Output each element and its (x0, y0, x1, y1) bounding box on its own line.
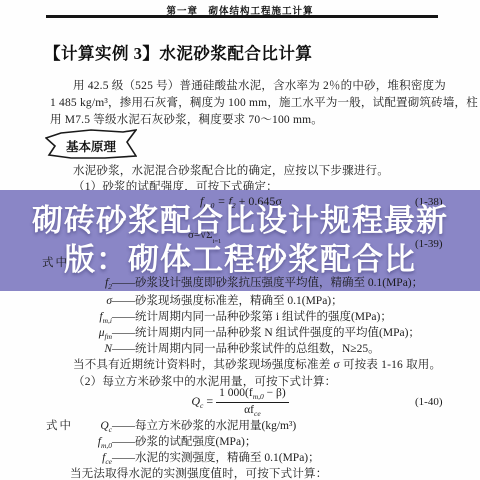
intro-line-3: 用 M7.5 等级水泥石灰砂浆，稠度要求 70～100 mm。 (50, 113, 323, 127)
intro-line-1: 用 42.5 级（525 号）普通硅酸盐水泥，含水率为 2％的中砂，堆积密度为 (73, 79, 446, 93)
principle-banner: 基本原理 (45, 129, 137, 160)
f140-fraction: 1 000(fm,0 − β)αfce (216, 387, 289, 418)
formula-tag-1-40: (1-40) (415, 396, 443, 408)
header-rule (46, 15, 438, 18)
document-page: 第一章 砌体结构工程施工计算 【计算实例 3】水泥砂浆配合比计算 用 42.5 … (0, 0, 480, 480)
banner-label: 基本原理 (45, 137, 137, 155)
principle-intro: 水泥砂浆，水泥混合砂浆配合比的确定，应按以下步骤进行。 (73, 164, 389, 178)
no-stats-line: 当不具有近期统计资料时，其砂浆现场强度标准差 σ 可按表 1-16 取用。 (73, 358, 441, 372)
formula-1-40: Qc = 1 000(fm,0 − β)αfce (0, 387, 480, 418)
closing-line: 当无法取得水泥的实测强度值时，可按下式计算： (70, 467, 327, 480)
f140-eq: = (203, 394, 216, 408)
f140-lhs: Q (191, 394, 200, 408)
example-title: 【计算实例 3】水泥砂浆配合比计算 (44, 40, 312, 64)
overlay-headline-line2: 版：砌体工程砂浆配合比 (0, 241, 480, 280)
overlay-headline-line1: 砌砖砂浆配合比设计规程最新 (0, 202, 480, 241)
intro-line-2: 1 485 kg/m³，掺用石灰膏，稠度为 100 mm，施工水平为一般，试配置… (50, 96, 478, 110)
